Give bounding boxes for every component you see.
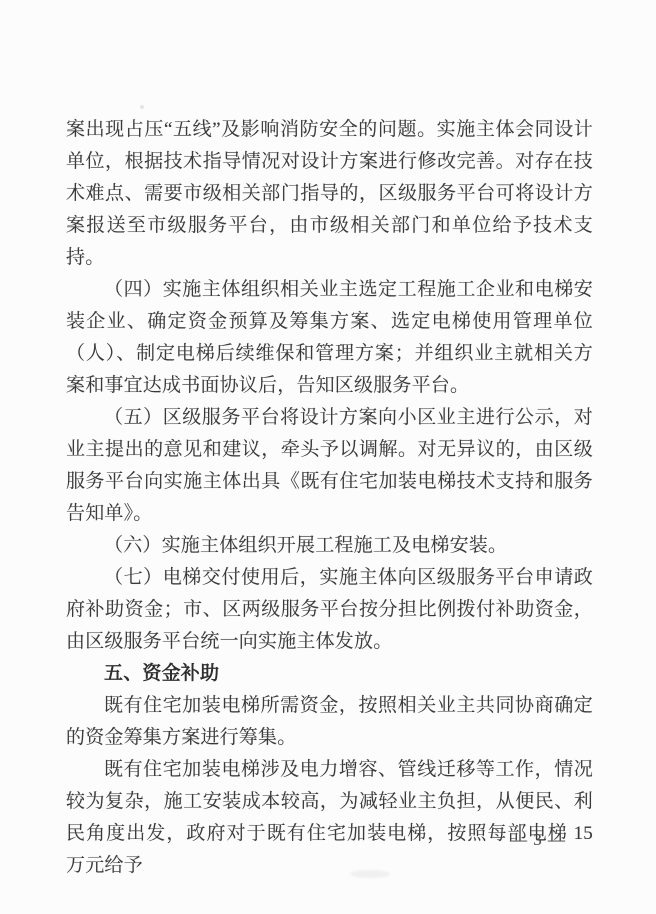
body-paragraph-item-7: （七）电梯交付使用后，实施主体向区级服务平台申请政府补助资金；市、区两级服务平台… (66, 562, 593, 658)
body-paragraph-funding-1: 既有住宅加装电梯所需资金，按照相关业主共同协商确定的资金筹集方案进行筹集。 (66, 690, 593, 754)
page-number: — 3 — (510, 829, 566, 851)
body-paragraph-continuation: 案出现占压“五线”及影响消防安全的问题。实施主体会同设计单位，根据技术指导情况对… (66, 114, 593, 274)
body-paragraph-item-5: （五）区级服务平台将设计方案向小区业主进行公示，对业主提出的意见和建议，牵头予以… (66, 402, 593, 530)
document-body: 案出现占压“五线”及影响消防安全的问题。实施主体会同设计单位，根据技术指导情况对… (66, 114, 593, 882)
body-paragraph-item-6: （六）实施主体组织开展工程施工及电梯安装。 (66, 530, 593, 562)
scan-speck (140, 105, 144, 109)
body-paragraph-funding-2: 既有住宅加装电梯涉及电力增容、管线迁移等工作，情况较为复杂，施工安装成本较高，为… (66, 754, 593, 882)
section-heading-funding-subsidy: 五、资金补助 (66, 658, 593, 690)
scanned-document-page: 案出现占压“五线”及影响消防安全的问题。实施主体会同设计单位，根据技术指导情况对… (0, 0, 656, 914)
body-paragraph-item-4: （四）实施主体组织相关业主选定工程施工企业和电梯安装企业、确定资金预算及筹集方案… (66, 274, 593, 402)
scan-smudge (350, 870, 390, 878)
